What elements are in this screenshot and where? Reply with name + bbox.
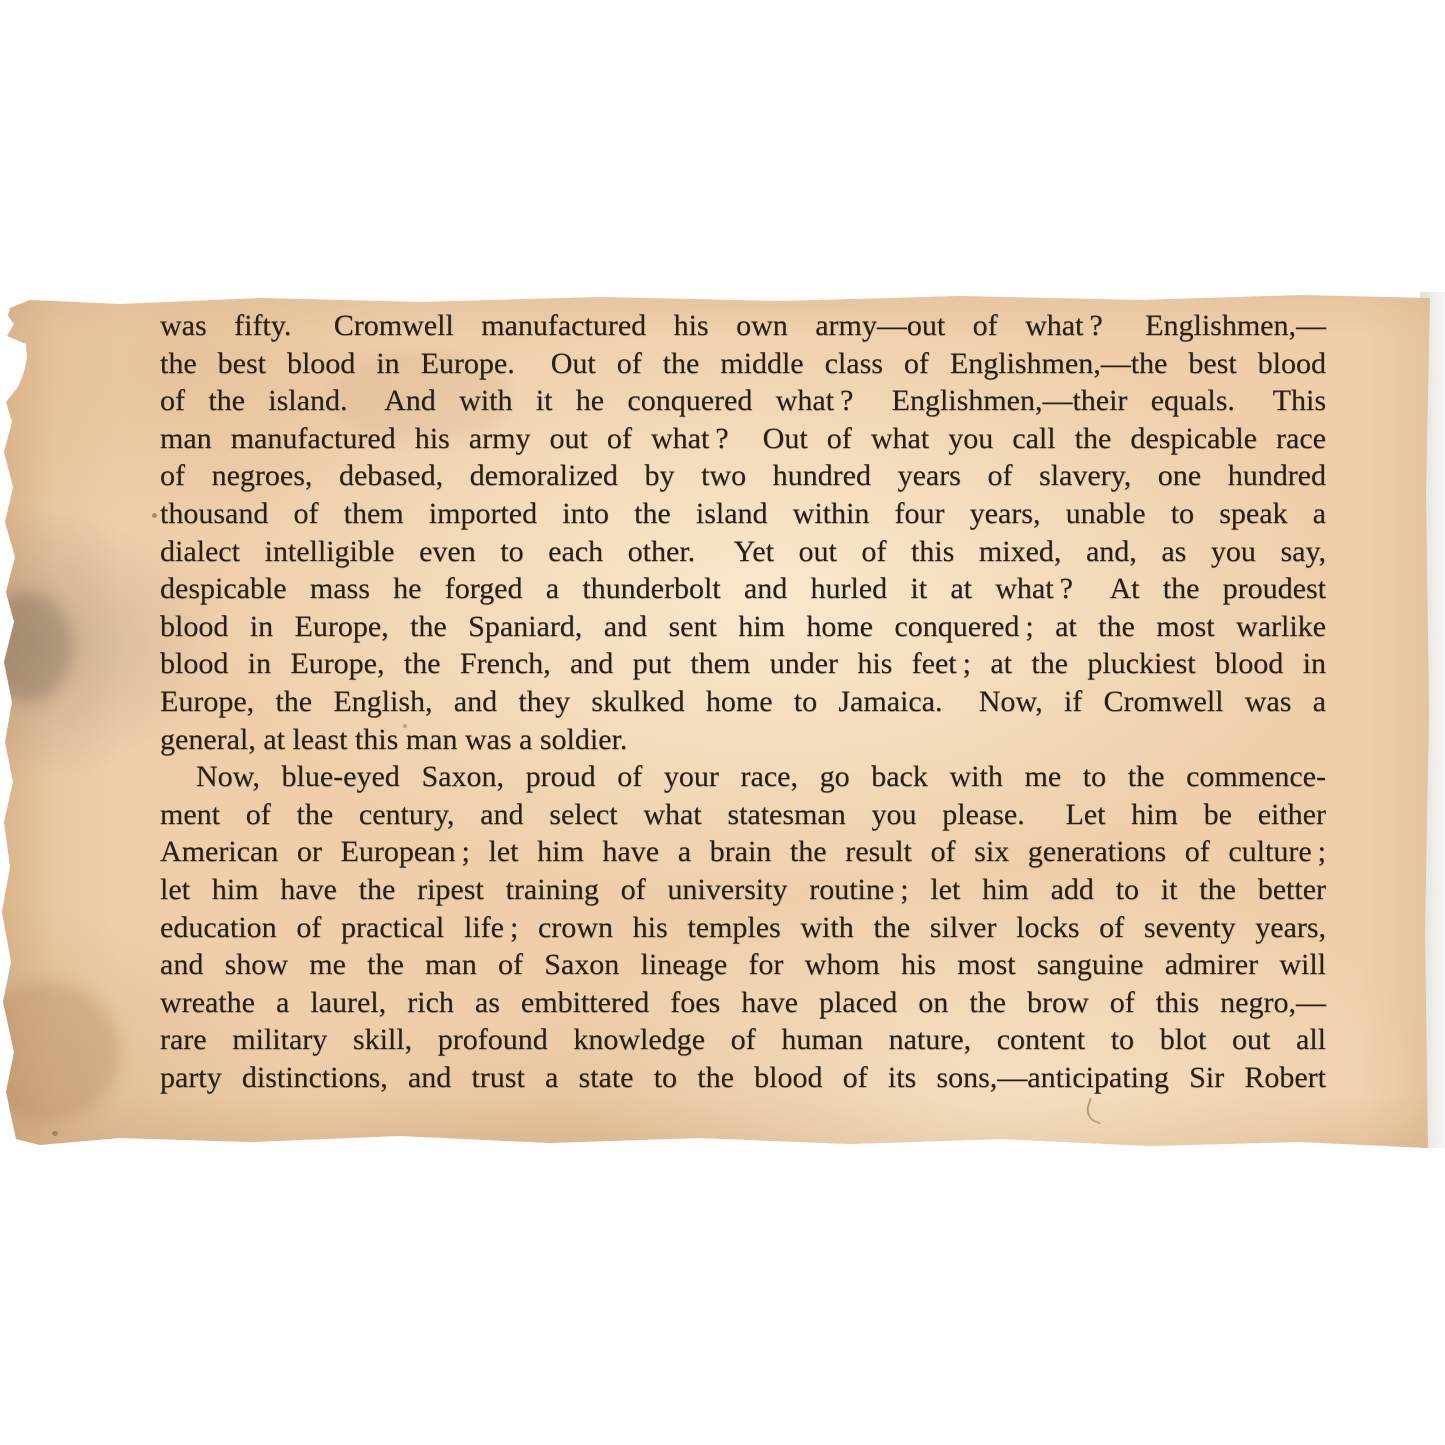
text-line: dialect intelligible even to each other.… [160,533,1326,571]
text-line: blood in Europe, the Spaniard, and sent … [160,608,1326,646]
text-line: education of practical life ; crown his … [160,909,1326,947]
text-line: let him have the ripest training of univ… [160,871,1326,909]
paper-stain-gray [0,592,72,702]
text-line: was fifty. Cromwell manufactured his own… [160,307,1326,345]
page-text: was fifty. Cromwell manufactured his own… [160,307,1326,1096]
text-line: of the island. And with it he conquered … [160,382,1326,420]
paper-stain-tan [0,982,120,1122]
text-line: wreathe a laurel, rich as embittered foe… [160,984,1326,1022]
text-line: American or European ; let him have a br… [160,833,1326,871]
text-line: blood in Europe, the French, and put the… [160,645,1326,683]
text-line: general, at least this man was a soldier… [160,721,1326,759]
text-line: man manufactured his army out of what ? … [160,420,1326,458]
book-page: was fifty. Cromwell manufactured his own… [0,292,1430,1148]
paper-speck [152,513,157,518]
text-line: rare military skill, profound knowledge … [160,1021,1326,1059]
scan-background: was fifty. Cromwell manufactured his own… [0,0,1445,1445]
text-line: of negroes, debased, demoralized by two … [160,457,1326,495]
text-line: Europe, the English, and they skulked ho… [160,683,1326,721]
paper-mark [1083,1098,1107,1124]
text-line: ment of the century, and select what sta… [160,796,1326,834]
text-line: the best blood in Europe. Out of the mid… [160,345,1326,383]
paper-speck [52,1131,58,1136]
text-line: despicable mass he forged a thunderbolt … [160,570,1326,608]
text-line: and show me the man of Saxon lineage for… [160,946,1326,984]
text-line: thousand of them imported into the islan… [160,495,1326,533]
text-line: Now, blue-eyed Saxon, proud of your race… [160,758,1326,796]
text-line: party distinctions, and trust a state to… [160,1059,1326,1097]
